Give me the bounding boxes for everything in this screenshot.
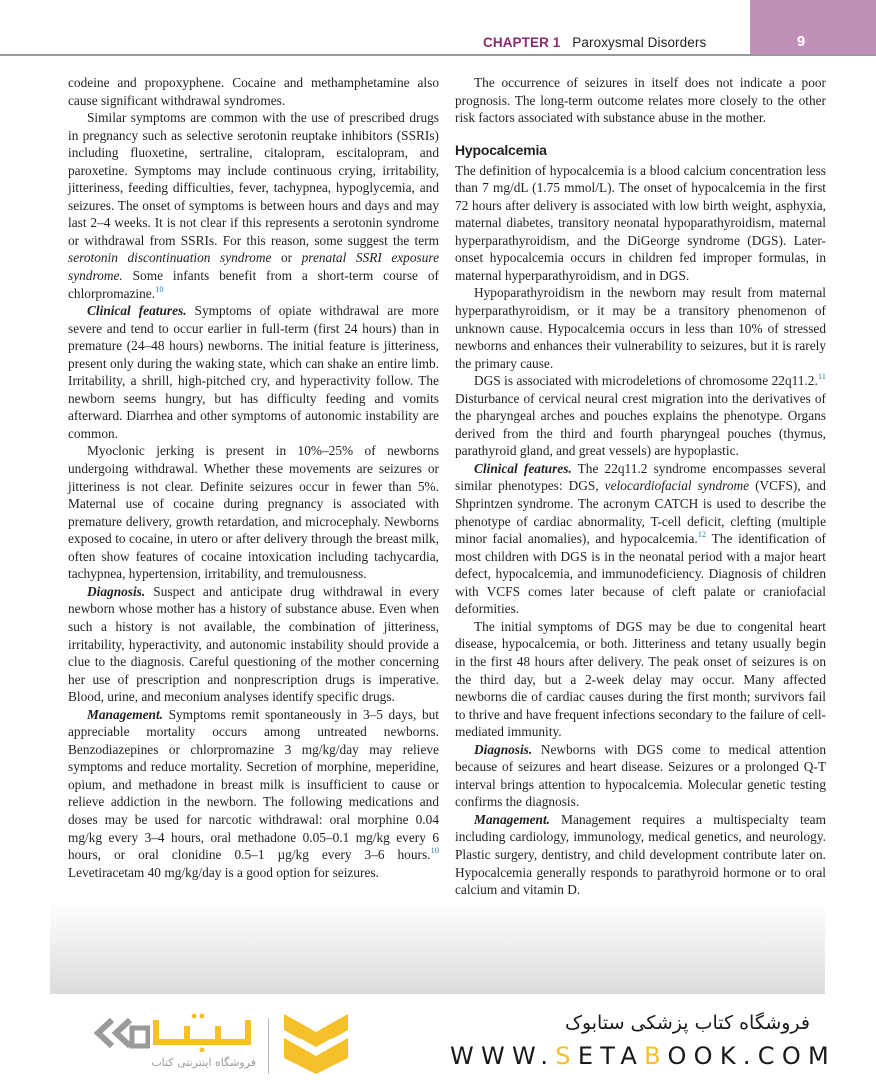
paragraph: The definition of hypocalcemia is a bloo… [455,162,826,285]
run-in-heading: Management. [87,707,163,722]
section-heading-hypocalcemia: Hypocalcemia [455,142,826,159]
chevron-emblem-icon [280,1012,352,1076]
double-chevron-left-icon [90,1016,150,1050]
paragraph-ssri: Similar symptoms are common with the use… [68,109,439,302]
paragraph-clinical-features: Clinical features. The 22q11.2 syndrome … [455,460,826,618]
reference-link[interactable]: 12 [698,529,707,539]
paragraph: DGS is associated with microdeletions of… [455,372,826,460]
logo-wordmark-icon [152,1012,252,1052]
setabook-logo[interactable]: فروشگاه اینترنتی کتاب [90,1010,350,1076]
paragraph-management: Management. Symptoms remit spontaneously… [68,706,439,881]
store-name: فروشگاه کتاب پزشکی ستابوک [540,1012,810,1034]
running-header: CHAPTER 1 Paroxysmal Disorders 9 [0,0,876,56]
run-in-heading: Management. [474,812,550,827]
paragraph-diagnosis: Diagnosis. Suspect and anticipate drug w… [68,583,439,706]
run-in-heading: Clinical features. [87,303,187,318]
logo-divider [268,1018,269,1074]
left-column: codeine and propoxyphene. Cocaine and me… [68,74,439,881]
paragraph-clinical-features: Clinical features. Symptoms of opiate wi… [68,302,439,442]
reference-link[interactable]: 10 [431,845,440,855]
paragraph-diagnosis: Diagnosis. Newborns with DGS come to med… [455,741,826,811]
chapter-heading: CHAPTER 1 Paroxysmal Disorders [483,35,706,50]
chapter-label: CHAPTER 1 [483,35,560,50]
run-in-heading: Clinical features. [474,461,572,476]
term: velocardiofacial syndrome [605,478,749,493]
logo-tagline: فروشگاه اینترنتی کتاب [96,1056,256,1069]
page-number: 9 [750,33,876,50]
paragraph: The occurrence of seizures in itself doe… [455,74,826,127]
reference-link[interactable]: 10 [155,284,164,294]
paragraph: codeine and propoxyphene. Cocaine and me… [68,74,439,109]
scan-shadow [50,900,825,994]
reference-link[interactable]: 11 [818,371,826,381]
paragraph: Myoclonic jerking is present in 10%–25% … [68,442,439,582]
paragraph-management: Management. Management requires a multis… [455,811,826,899]
right-column: The occurrence of seizures in itself doe… [455,74,826,899]
term: serotonin discontinuation syndrome [68,250,271,265]
paragraph: Hypoparathyroidism in the newborn may re… [455,284,826,372]
run-in-heading: Diagnosis. [87,584,145,599]
paragraph: The initial symptoms of DGS may be due t… [455,618,826,741]
run-in-heading: Diagnosis. [474,742,532,757]
store-url-link[interactable]: WWW.SETABOOK.COM [450,1042,820,1070]
page-number-tab: 9 [750,0,876,54]
header-rule [0,54,876,56]
chapter-title: Paroxysmal Disorders [572,35,706,50]
